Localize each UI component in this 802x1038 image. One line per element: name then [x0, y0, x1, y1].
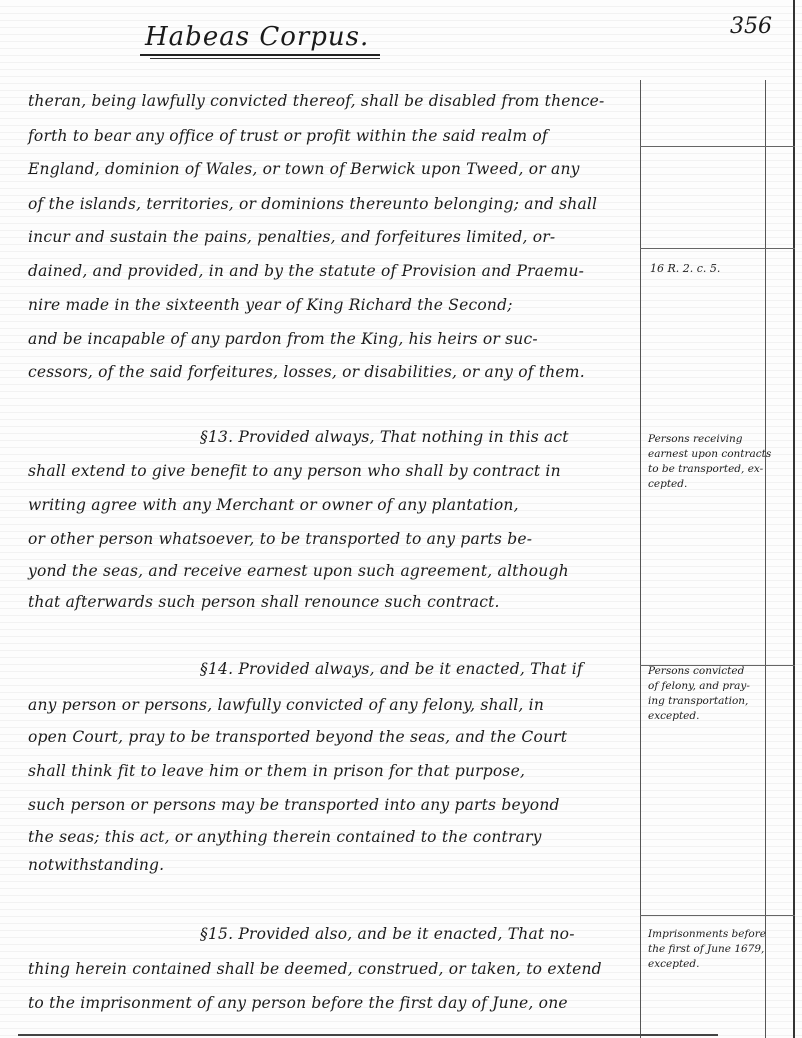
text-line: writing agree with any Merchant or owner… — [28, 496, 519, 514]
text-line: shall think fit to leave him or them in … — [28, 762, 525, 780]
text-line: notwithstanding. — [28, 856, 164, 874]
section-14-heading: §14. Provided always, and be it enacted,… — [200, 660, 583, 678]
page-title: Habeas Corpus. — [145, 22, 369, 52]
text-line: to the imprisonment of any person before… — [28, 994, 568, 1012]
text-line: the seas; this act, or anything therein … — [28, 828, 542, 846]
section-13-heading: §13. Provided always, That nothing in th… — [200, 428, 569, 446]
text-line: or other person whatsoever, to be transp… — [28, 530, 532, 548]
margin-hline — [640, 248, 795, 249]
margin-note-14: Persons convicted of felony, and pray- i… — [648, 664, 770, 724]
title-underline — [140, 54, 380, 56]
text-line: open Court, pray to be transported beyon… — [28, 728, 567, 746]
margin-rule-left — [640, 80, 641, 1038]
margin-note-15: Imprisonments before the first of June 1… — [648, 927, 770, 972]
text-line: any person or persons, lawfully convicte… — [28, 696, 544, 714]
text-line: dained, and provided, in and by the stat… — [28, 262, 584, 280]
text-line: and be incapable of any pardon from the … — [28, 330, 538, 348]
margin-rule-right — [765, 80, 766, 1038]
section-15-heading: §15. Provided also, and be it enacted, T… — [200, 925, 575, 943]
text-line: England, dominion of Wales, or town of B… — [28, 160, 580, 178]
margin-hline — [640, 146, 795, 147]
text-line: of the islands, territories, or dominion… — [28, 195, 597, 213]
page-border-right — [793, 0, 795, 1038]
page-number: 356 — [730, 14, 772, 39]
margin-hline — [640, 915, 795, 916]
text-line: thing herein contained shall be deemed, … — [28, 960, 602, 978]
text-line: that afterwards such person shall renoun… — [28, 593, 500, 611]
text-line: cessors, of the said forfeitures, losses… — [28, 363, 585, 381]
text-line: yond the seas, and receive earnest upon … — [28, 562, 569, 580]
text-line: nire made in the sixteenth year of King … — [28, 296, 513, 314]
title-underline — [150, 58, 380, 59]
bottom-rule — [18, 1034, 718, 1036]
text-line: forth to bear any office of trust or pro… — [28, 127, 548, 145]
text-line: such person or persons may be transporte… — [28, 796, 560, 814]
text-line: shall extend to give benefit to any pers… — [28, 462, 561, 480]
margin-note-13: Persons receiving earnest upon contracts… — [648, 432, 770, 492]
text-line: theran, being lawfully convicted thereof… — [28, 92, 605, 110]
manuscript-page: Habeas Corpus. 356 theran, being lawfull… — [0, 0, 802, 1038]
margin-citation: 16 R. 2. c. 5. — [650, 262, 720, 275]
text-line: incur and sustain the pains, penalties, … — [28, 228, 555, 246]
